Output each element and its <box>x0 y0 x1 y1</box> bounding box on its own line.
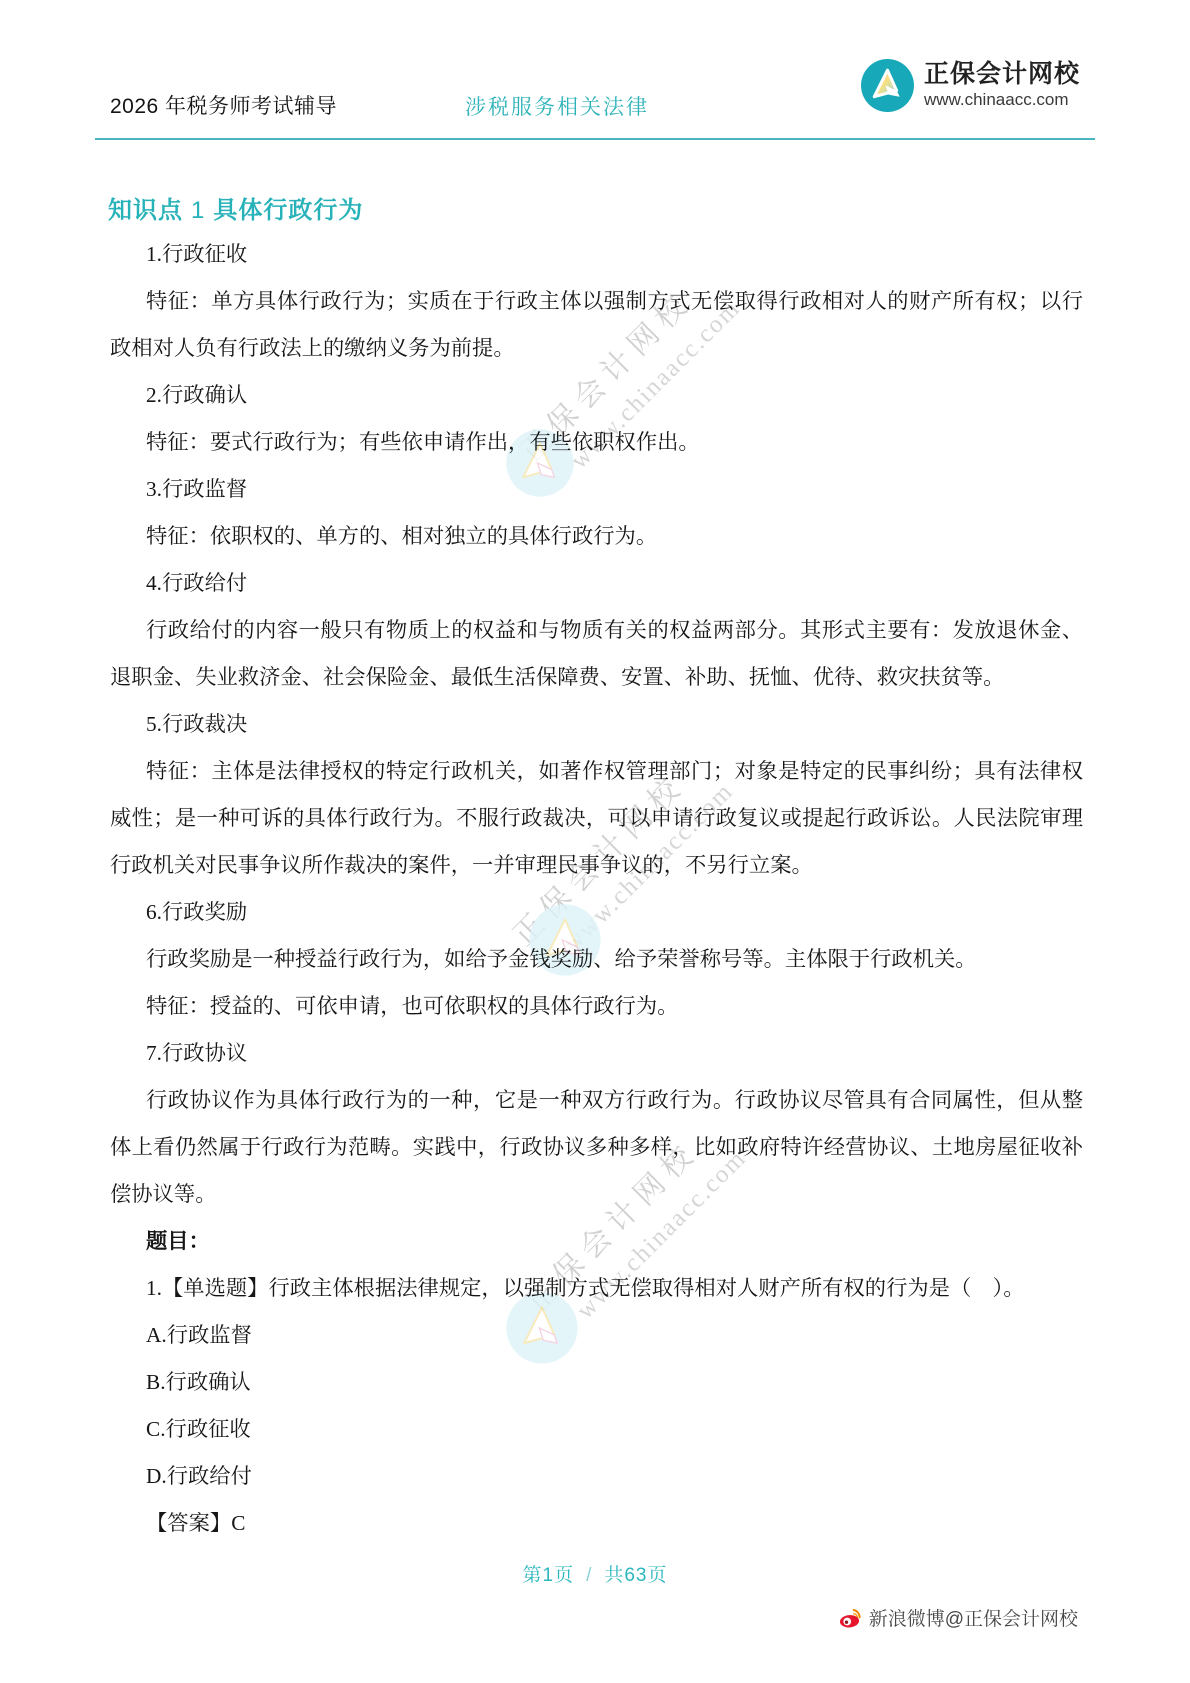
kp-paragraph: 特征：要式行政行为；有些依申请作出，有些依职权作出。 <box>110 419 1083 466</box>
section-heading-number: 1 <box>191 197 205 224</box>
kp-paragraph: 特征：主体是法律授权的特定行政机关，如著作权管理部门；对象是特定的民事纠纷；具有… <box>110 748 1083 889</box>
kp-paragraph: 行政给付的内容一般只有物质上的权益和与物质有关的权益两部分。其形式主要有：发放退… <box>110 607 1083 701</box>
question-stem: 1.【单选题】行政主体根据法律规定，以强制方式无偿取得相对人财产所有权的行为是（… <box>110 1265 1083 1312</box>
header-divider <box>95 138 1095 140</box>
kp-item: 5.行政裁决 <box>110 701 1083 748</box>
kp-paragraph: 行政协议作为具体行政行为的一种，它是一种双方行政行为。行政协议尽管具有合同属性，… <box>110 1077 1083 1218</box>
section-heading-prefix: 知识点 <box>108 197 183 224</box>
brand-lockup: 正保会计网校 www.chinaacc.com <box>860 58 1080 113</box>
weibo-lockup: 新浪微博@正保会计网校 <box>835 1604 1078 1631</box>
question-answer: 【答案】C <box>110 1500 1083 1547</box>
kp-paragraph: 特征：依职权的、单方的、相对独立的具体行政行为。 <box>110 513 1083 560</box>
kp-item: 4.行政给付 <box>110 560 1083 607</box>
brand-url: www.chinaacc.com <box>924 91 1080 110</box>
kp-item: 3.行政监督 <box>110 466 1083 513</box>
page-separator: / <box>586 1565 592 1586</box>
question-option-b: B.行政确认 <box>110 1359 1083 1406</box>
question-option-d: D.行政给付 <box>110 1453 1083 1500</box>
question-section-label: 题目： <box>110 1218 1083 1265</box>
weibo-text: 新浪微博@正保会计网校 <box>869 1604 1078 1631</box>
brand-name: 正保会计网校 <box>924 61 1080 89</box>
page-total: 共63页 <box>604 1565 667 1586</box>
kp-item: 2.行政确认 <box>110 372 1083 419</box>
kp-item: 1.行政征收 <box>110 231 1083 278</box>
kp-paragraph: 行政奖励是一种授益行政行为，如给予金钱奖励、给予荣誉称号等。主体限于行政机关。 <box>110 936 1083 983</box>
weibo-icon <box>835 1604 862 1631</box>
course-title: 2026 年税务师考试辅导 <box>110 90 337 120</box>
section-heading-title: 具体行政行为 <box>213 197 363 224</box>
question-option-c: C.行政征收 <box>110 1406 1083 1453</box>
kp-item: 6.行政奖励 <box>110 889 1083 936</box>
page-current: 第1页 <box>523 1565 575 1586</box>
kp-paragraph: 特征：单方具体行政行为；实质在于行政主体以强制方式无偿取得行政相对人的财产所有权… <box>110 278 1083 372</box>
question-option-a: A.行政监督 <box>110 1312 1083 1359</box>
subject-title: 涉税服务相关法律 <box>465 91 649 121</box>
brand-logo-icon <box>860 58 915 113</box>
kp-paragraph: 特征：授益的、可依申请，也可依职权的具体行政行为。 <box>110 983 1083 1030</box>
document-body: 1.行政征收 特征：单方具体行政行为；实质在于行政主体以强制方式无偿取得行政相对… <box>110 231 1083 1547</box>
section-heading: 知识点1具体行政行为 <box>108 190 363 225</box>
page-indicator: 第1页/共63页 <box>0 1560 1190 1587</box>
kp-item: 7.行政协议 <box>110 1030 1083 1077</box>
